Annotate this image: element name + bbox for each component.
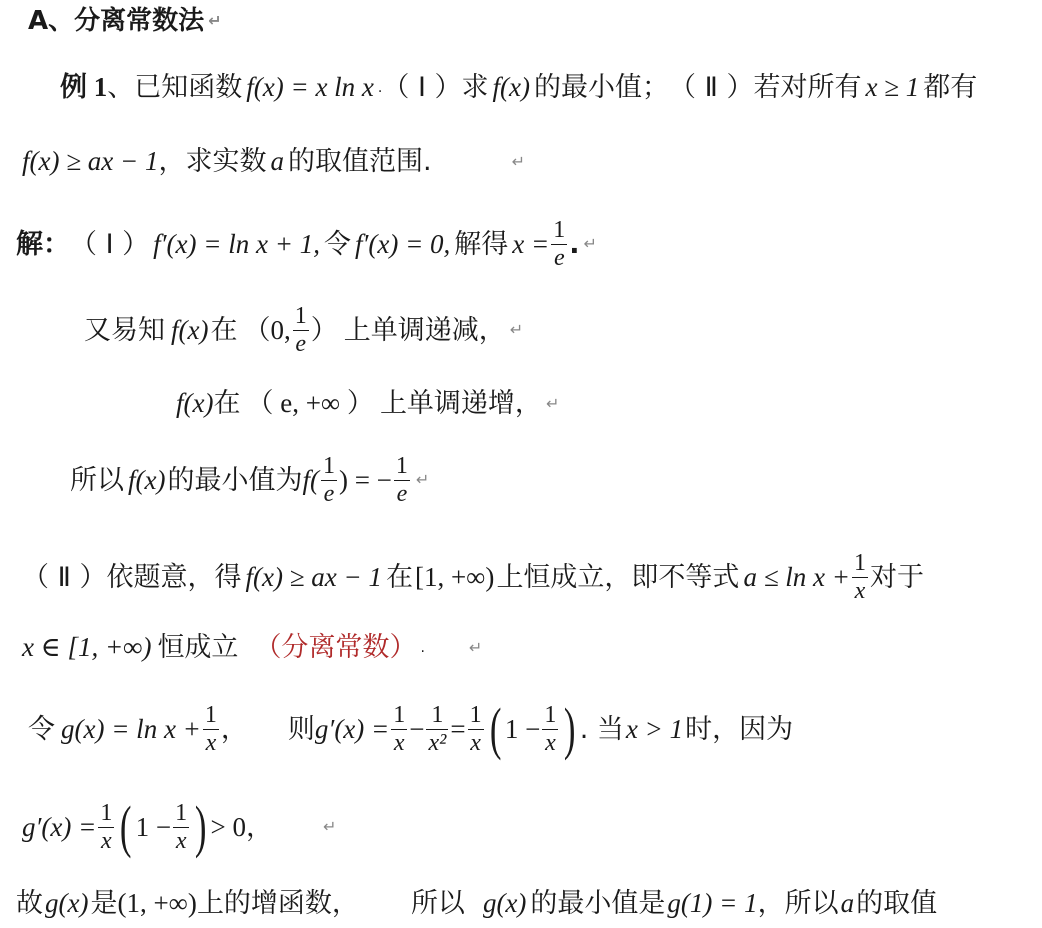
- text: 在: [213, 390, 240, 417]
- solution-decreasing-line: 又易知 f(x) 在 （0, 1 e ） 上单调递减， ↵: [84, 302, 523, 358]
- text: 上单调递增，: [380, 390, 542, 417]
- numerator: 1: [468, 702, 484, 728]
- fraction-1-over-x: 1 x: [391, 702, 407, 756]
- denominator: x: [174, 828, 189, 854]
- numerator: 1: [551, 217, 567, 243]
- return-mark-icon: ↵: [546, 396, 559, 412]
- g-definition: g(x) = ln x +: [61, 716, 201, 743]
- solution-part-2-line-1: （ Ⅱ ） 依题意，得 f(x) ≥ ax − 1 在 [1, +∞) 上恒成立…: [22, 546, 924, 608]
- text: 所以: [70, 467, 124, 494]
- return-mark-icon: ↵: [416, 472, 429, 488]
- return-mark-icon: ↵: [208, 13, 221, 29]
- f-open: f(: [302, 467, 319, 494]
- annotation-open: （分: [254, 632, 308, 663]
- variable-a: a: [841, 890, 855, 917]
- g-definition-line: 令 g(x) = ln x + 1 x ， 则 g′(x) = 1 x − 1 …: [28, 692, 793, 766]
- fraction-1-over-x-squared: 1 x²: [426, 702, 448, 756]
- part-1-label: （ Ⅰ ）: [382, 74, 461, 101]
- inequality: f(x) ≥ ax − 1: [22, 148, 159, 175]
- separator: 、: [107, 74, 134, 101]
- denominator: x²: [426, 730, 448, 756]
- equals-minus: ) = −: [339, 467, 392, 494]
- condition: x > 1: [626, 716, 683, 743]
- g-derivative-positive-line: g′(x) = 1 x ( 1 − 1 x ) > 0 ， ↵: [22, 790, 336, 864]
- text: 在: [210, 317, 237, 344]
- numerator: 1: [173, 800, 189, 826]
- condition: x ∈ [1, +∞): [22, 634, 151, 661]
- annotation-text: 离常数: [308, 632, 389, 663]
- x-equals: x =: [512, 231, 549, 258]
- return-mark-icon: ↵: [512, 154, 525, 170]
- text: 时，因为: [685, 716, 793, 743]
- greater-than-zero: > 0: [210, 814, 245, 841]
- fraction-1-over-e: 1 e: [551, 217, 567, 271]
- numerator: 1: [293, 303, 309, 329]
- gx: g(x): [45, 890, 88, 917]
- variable-a: a: [271, 148, 285, 175]
- text-end: 的取值范围.: [288, 148, 432, 175]
- fraction-1-over-x: 1 x: [173, 800, 189, 854]
- numerator: 1: [321, 453, 337, 479]
- one-minus: 1 −: [136, 814, 171, 841]
- text: 在: [386, 564, 413, 591]
- big-paren-open: (: [120, 798, 132, 856]
- denominator: e: [552, 245, 567, 271]
- denominator: x: [543, 730, 558, 756]
- fraction-1-over-x: 1 x: [542, 702, 558, 756]
- text: . 当: [580, 716, 624, 743]
- denominator: e: [293, 331, 308, 357]
- one-minus: 1 −: [505, 716, 540, 743]
- fx: f(x): [128, 467, 165, 494]
- return-mark-icon: ↵: [510, 322, 523, 338]
- inequality-2: a ≤ ln x +: [743, 564, 850, 591]
- text: 所以: [411, 890, 465, 917]
- text: 故: [16, 890, 43, 917]
- interval: （ e, +∞ ）: [246, 390, 373, 417]
- annotation-close: ）: [389, 632, 416, 663]
- ask-text: 求: [462, 74, 489, 101]
- solution-minimum-line: 所以 f(x) 的最小值为 f( 1 e ) = − 1 e ↵: [70, 452, 429, 508]
- numerator: 1: [394, 453, 410, 479]
- text: 上的增函数，: [197, 890, 359, 917]
- denominator: e: [322, 481, 337, 507]
- fraction-1-over-x: 1 x: [203, 702, 219, 756]
- solution-increasing-line: f(x) 在 （ e, +∞ ） 上单调递增， ↵: [176, 390, 559, 417]
- denominator: x: [468, 730, 483, 756]
- text: 的最小值为: [167, 467, 302, 494]
- big-paren-open: (: [489, 700, 501, 758]
- return-mark-icon: ↵: [584, 236, 597, 252]
- text: 上恒成立，即不等式: [496, 564, 739, 591]
- solution-label: 解：: [16, 231, 70, 258]
- function-definition: f(x) = x ln x: [246, 74, 374, 101]
- comma: ，: [246, 814, 273, 841]
- section-title-text: A、分离常数法: [28, 8, 204, 34]
- solution-part-2-line-2: x ∈ [1, +∞) 恒成立 （分离常数） . ↵: [22, 634, 482, 661]
- solution-part-1: 解： （ Ⅰ ） f′(x) = ln x + 1, 令 f′(x) = 0, …: [16, 216, 597, 272]
- part-1-tail: 的最小值；: [534, 74, 669, 101]
- text: 上单调递减，: [344, 317, 506, 344]
- fraction-1-over-e: 1 e: [293, 303, 309, 357]
- denominator: x: [99, 828, 114, 854]
- denominator: x: [392, 730, 407, 756]
- numerator: 1: [391, 702, 407, 728]
- g-of-1: g(1) = 1: [667, 890, 757, 917]
- text: 是: [90, 890, 117, 917]
- g-derivative: g′(x) =: [22, 814, 96, 841]
- denominator: x: [853, 578, 868, 604]
- section-title: A、分离常数法 ↵: [28, 8, 222, 34]
- part-2-label: （ Ⅱ ）: [22, 564, 106, 591]
- numerator: 1: [429, 702, 445, 728]
- equals: =: [450, 716, 465, 743]
- solve-text: 解得: [454, 231, 508, 258]
- big-paren-close: ): [564, 700, 576, 758]
- numerator: 1: [98, 800, 114, 826]
- part-2-tail: 都有: [923, 74, 977, 101]
- derivative: f′(x) = ln x + 1,: [153, 231, 320, 258]
- interval-close: ）: [311, 317, 338, 344]
- fraction-1-over-e: 1 e: [321, 453, 337, 507]
- text: 对于: [870, 564, 924, 591]
- conclusion-line: 故 g(x) 是 (1, +∞) 上的增函数， 所以 g(x) 的最小值是 g(…: [16, 890, 937, 917]
- fx: f(x): [176, 390, 213, 417]
- part-2-label: （ Ⅱ ）: [669, 74, 753, 101]
- g-derivative: g′(x) =: [315, 716, 389, 743]
- example-intro: 已知函数: [134, 74, 242, 101]
- numerator: 1: [852, 550, 868, 576]
- example-statement-line-2: f(x) ≥ ax − 1 ，求实数 a 的取值范围. ↵: [22, 148, 525, 175]
- return-mark-icon: ↵: [469, 640, 482, 656]
- interval: (1, +∞): [117, 890, 196, 917]
- interval-open: （0,: [243, 317, 290, 344]
- annotation-separate-constant: （分离常数）: [254, 634, 416, 661]
- text: 则: [288, 716, 315, 743]
- inequality: f(x) ≥ ax − 1: [245, 564, 382, 591]
- text: 依题意，得: [106, 564, 241, 591]
- text: ，求实数: [159, 148, 267, 175]
- let-text: 令: [324, 231, 351, 258]
- return-mark-icon: ↵: [323, 819, 336, 835]
- text: 的最小值是: [530, 890, 665, 917]
- denominator: x: [204, 730, 219, 756]
- comma: ，: [221, 716, 248, 743]
- denominator: e: [395, 481, 410, 507]
- interval: [1, +∞): [415, 564, 494, 591]
- part-1-label: （ Ⅰ ）: [70, 231, 149, 258]
- condition: x ≥ 1: [865, 74, 919, 101]
- text: 又易知: [84, 317, 165, 344]
- big-paren-close: ): [195, 798, 207, 856]
- fraction-1-over-e: 1 e: [394, 453, 410, 507]
- text: ，所以: [758, 890, 839, 917]
- part-2-ask: 若对所有: [753, 74, 861, 101]
- minus: −: [409, 716, 424, 743]
- fraction-1-over-x: 1 x: [98, 800, 114, 854]
- dot: .: [420, 641, 424, 655]
- fraction-1-over-x: 1 x: [468, 702, 484, 756]
- text: 令: [28, 716, 55, 743]
- dot: .: [569, 231, 579, 258]
- text: 恒成立: [157, 634, 238, 661]
- example-statement-line-1: 例 1 、 已知函数 f(x) = x ln x . （ Ⅰ ） 求 f(x) …: [60, 74, 977, 101]
- text: 的取值: [856, 890, 937, 917]
- example-label: 例 1: [60, 74, 107, 101]
- fx: f(x): [171, 317, 208, 344]
- numerator: 1: [203, 702, 219, 728]
- fx: f(x): [493, 74, 530, 101]
- numerator: 1: [542, 702, 558, 728]
- fraction-1-over-x: 1 x: [852, 550, 868, 604]
- derivative-zero: f′(x) = 0,: [355, 231, 450, 258]
- gx: g(x): [483, 890, 526, 917]
